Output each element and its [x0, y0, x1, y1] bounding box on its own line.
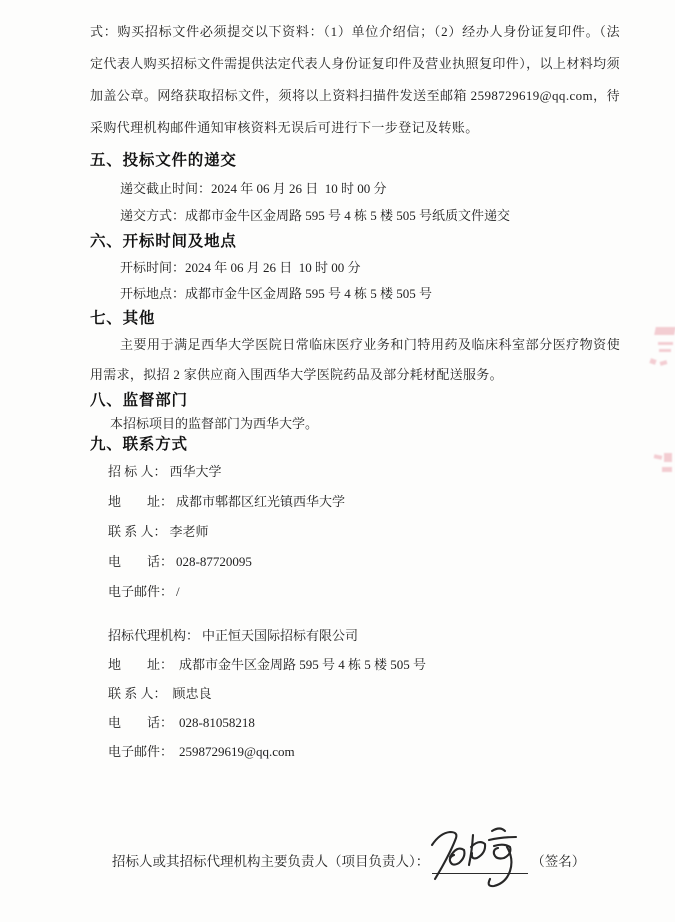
contact-label: 招 标 人：: [108, 462, 167, 482]
agency-value: 成都市金牛区金周路 595 号 4 栋 5 楼 505 号: [179, 655, 426, 675]
signature-underline: [432, 850, 528, 874]
agency-label: 招标代理机构：: [108, 626, 199, 646]
agency-value: 028-81058218: [179, 713, 255, 733]
section-heading-supervision: 八、监督部门: [90, 390, 620, 412]
contact-value: 028-87720095: [176, 552, 252, 572]
contact-row-person: 联 系 人： 李老师: [90, 522, 620, 542]
signature-suffix: （签名）: [531, 850, 585, 874]
opening-time: 开标时间：2024 年 06 月 26 日 10 时 00 分: [90, 258, 620, 278]
agency-value: 2598729619@qq.com: [179, 742, 295, 762]
agency-label: 联 系 人：: [108, 684, 167, 704]
agency-label: 电 话：: [108, 713, 173, 733]
contact-row-email: 电子邮件： /: [90, 582, 620, 602]
signature-line: 招标人或其招标代理机构主要负责人（项目负责人）： （签名）: [90, 850, 620, 874]
contact-label: 联 系 人：: [108, 522, 167, 542]
stamp-bleed-mark-upper: [650, 327, 675, 371]
contact-value: /: [176, 582, 180, 602]
submission-deadline: 递交截止时间：2024 年 06 月 26 日 10 时 00 分: [90, 179, 620, 199]
agency-row-name: 招标代理机构： 中正恒天国际招标有限公司: [90, 626, 620, 646]
stamp-bleed-mark-lower: [652, 453, 674, 479]
agency-label: 地 址：: [108, 655, 173, 675]
agency-value: 顾忠良: [173, 684, 212, 704]
agency-label: 电子邮件：: [108, 742, 173, 762]
agency-row-email: 电子邮件： 2598729619@qq.com: [90, 742, 620, 762]
handwritten-signature: [426, 823, 534, 891]
supervision-text: 本招标项目的监督部门为西华大学。: [90, 414, 620, 434]
intro-paragraph: 式：购买招标文件必须提交以下资料：（1）单位介绍信；（2）经办人身份证复印件。（…: [90, 16, 620, 144]
document-page: 式：购买招标文件必须提交以下资料：（1）单位介绍信；（2）经办人身份证复印件。（…: [0, 0, 675, 922]
contact-row-tenderer: 招 标 人： 西华大学: [90, 462, 620, 482]
contact-value: 李老师: [170, 522, 209, 542]
agency-row-address: 地 址： 成都市金牛区金周路 595 号 4 栋 5 楼 505 号: [90, 655, 620, 675]
tenderer-contact-block: 招 标 人： 西华大学 地 址： 成都市郫都区红光镇西华大学 联 系 人： 李老…: [90, 462, 620, 602]
agency-row-person: 联 系 人： 顾忠良: [90, 684, 620, 704]
contact-label: 电 话：: [108, 552, 173, 572]
document-content: 式：购买招标文件必须提交以下资料：（1）单位介绍信；（2）经办人身份证复印件。（…: [0, 0, 675, 922]
contact-label: 地 址：: [108, 492, 173, 512]
agency-contact-block: 招标代理机构： 中正恒天国际招标有限公司 地 址： 成都市金牛区金周路 595 …: [90, 626, 620, 762]
opening-place: 开标地点：成都市金牛区金周路 595 号 4 栋 5 楼 505 号: [90, 284, 620, 304]
other-paragraph: 主要用于满足西华大学医院日常临床医疗业务和门特用药及临床科室部分医疗物资使用需求…: [90, 330, 620, 390]
agency-row-phone: 电 话： 028-81058218: [90, 713, 620, 733]
section-heading-opening: 六、开标时间及地点: [90, 231, 620, 253]
agency-value: 中正恒天国际招标有限公司: [202, 626, 358, 646]
submission-method: 递交方式：成都市金牛区金周路 595 号 4 栋 5 楼 505 号纸质文件递交: [90, 206, 620, 226]
contact-row-address: 地 址： 成都市郫都区红光镇西华大学: [90, 492, 620, 512]
contact-row-phone: 电 话： 028-87720095: [90, 552, 620, 572]
signature-prefix: 招标人或其招标代理机构主要负责人（项目负责人）：: [112, 850, 429, 874]
section-heading-submission: 五、投标文件的递交: [90, 150, 620, 172]
contact-value: 成都市郫都区红光镇西华大学: [176, 492, 345, 512]
contact-label: 电子邮件：: [108, 582, 173, 602]
contact-value: 西华大学: [170, 462, 222, 482]
section-heading-contact: 九、联系方式: [90, 434, 620, 456]
section-heading-other: 七、其他: [90, 308, 620, 330]
